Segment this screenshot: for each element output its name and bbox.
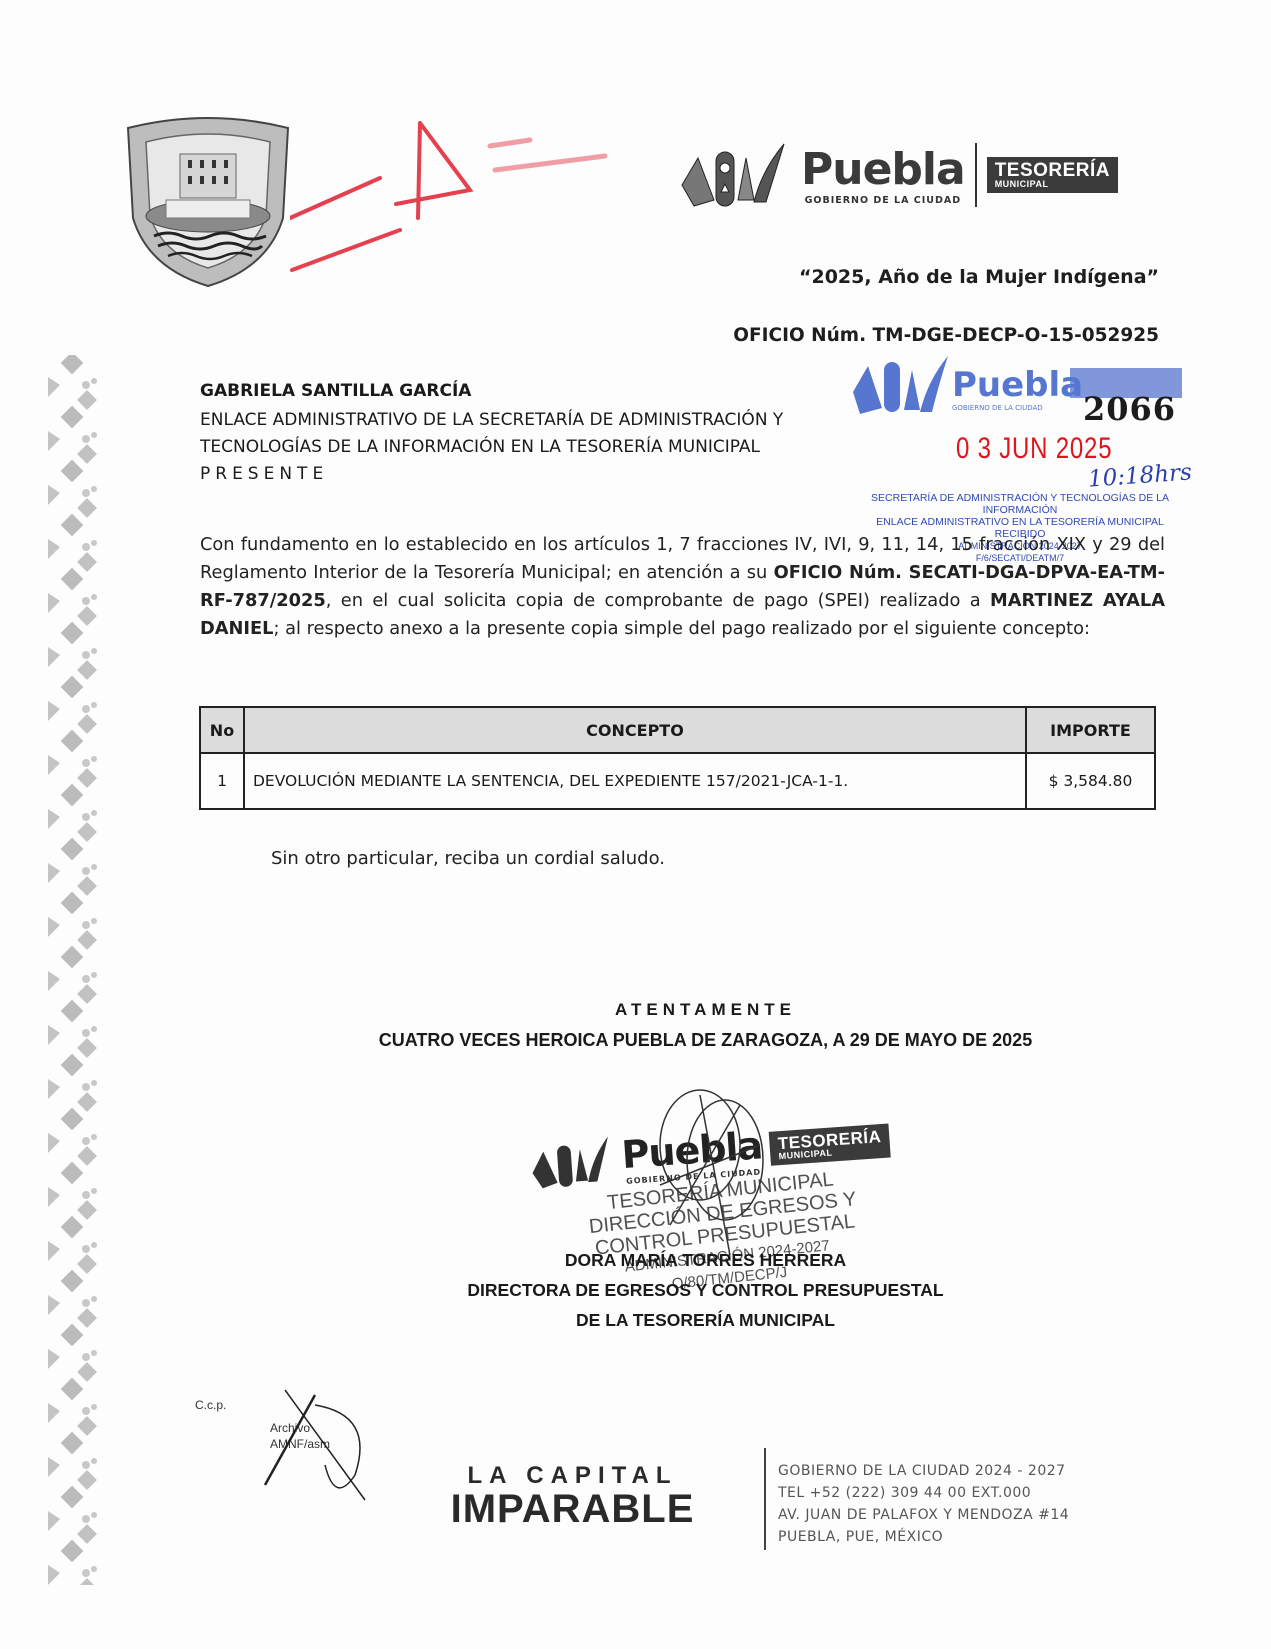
footer-brand: LA CAPITAL IMPARABLE bbox=[425, 1462, 720, 1528]
presente-label: PRESENTE bbox=[200, 461, 783, 487]
logo-city-name: Puebla bbox=[801, 144, 965, 195]
row-importe: $ 3,584.80 bbox=[1026, 753, 1155, 809]
signer-title-1: DIRECTORA DE EGRESOS Y CONTROL PRESUPUES… bbox=[140, 1275, 1271, 1305]
closing-line: Sin otro particular, reciba un cordial s… bbox=[271, 848, 665, 869]
row-concepto: DEVOLUCIÓN MEDIANTE LA SENTENCIA, DEL EX… bbox=[244, 753, 1026, 809]
place-date: CUATRO VECES HEROICA PUEBLA DE ZARAGOZA,… bbox=[0, 1030, 1271, 1051]
footer-info: GOBIERNO DE LA CIUDAD 2024 - 2027 TEL +5… bbox=[778, 1460, 1069, 1548]
oficio-number: OFICIO Núm. TM-DGE-DECP-O-15-052925 bbox=[733, 325, 1159, 346]
initials-scribble bbox=[255, 1385, 385, 1505]
recipient-title-1: ENLACE ADMINISTRATIVO DE LA SECRETARÍA D… bbox=[200, 407, 783, 434]
received-date: 0 3 JUN 2025 bbox=[956, 432, 1112, 466]
recipient-title-2: TECNOLOGÍAS DE LA INFORMACIÓN EN LA TESO… bbox=[200, 434, 783, 461]
decorative-border bbox=[44, 355, 106, 1585]
received-folio: 2066 bbox=[1083, 390, 1176, 428]
atentamente-label: ATENTAMENTE bbox=[0, 1000, 1271, 1020]
tesoreria-badge: TESORERÍA MUNICIPAL bbox=[987, 157, 1118, 193]
signer-title-2: DE LA TESORERÍA MUNICIPAL bbox=[140, 1305, 1271, 1335]
signer-block: DORA MARÍA TORRES HERRERA DIRECTORA DE E… bbox=[0, 1245, 1271, 1335]
crest-icon bbox=[118, 108, 298, 288]
logo-subtitle: GOBIERNO DE LA CIUDAD bbox=[805, 195, 962, 206]
body-paragraph: Con fundamento en lo establecido en los … bbox=[200, 531, 1165, 643]
red-pencil-annotation bbox=[290, 118, 620, 278]
year-motto: “2025, Año de la Mujer Indígena” bbox=[799, 266, 1159, 288]
header-concepto: CONCEPTO bbox=[244, 707, 1026, 753]
svg-text:GOBIERNO DE LA CIUDAD: GOBIERNO DE LA CIUDAD bbox=[952, 404, 1043, 412]
recipient-name: GABRIELA SANTILLA GARCÍA bbox=[200, 381, 783, 401]
header-no: No bbox=[200, 707, 244, 753]
signer-name: DORA MARÍA TORRES HERRERA bbox=[140, 1245, 1271, 1275]
ccp-label: C.c.p. bbox=[195, 1398, 226, 1412]
city-emblem-icon bbox=[680, 140, 795, 210]
footer-brand-line2: IMPARABLE bbox=[425, 1490, 720, 1528]
city-emblem-icon bbox=[528, 1125, 620, 1201]
row-no: 1 bbox=[200, 753, 244, 809]
recipient-block: GABRIELA SANTILLA GARCÍA ENLACE ADMINIST… bbox=[200, 381, 783, 487]
table-row: 1 DEVOLUCIÓN MEDIANTE LA SENTENCIA, DEL … bbox=[200, 753, 1155, 809]
header-importe: IMPORTE bbox=[1026, 707, 1155, 753]
svg-text:Puebla: Puebla bbox=[952, 365, 1083, 405]
footer-divider bbox=[764, 1448, 766, 1550]
concept-table: No CONCEPTO IMPORTE 1 DEVOLUCIÓN MEDIANT… bbox=[199, 706, 1156, 810]
puebla-tesoreria-logo: Puebla GOBIERNO DE LA CIUDAD TESORERÍA M… bbox=[680, 135, 1120, 215]
footer-brand-line1: LA CAPITAL bbox=[425, 1462, 720, 1490]
